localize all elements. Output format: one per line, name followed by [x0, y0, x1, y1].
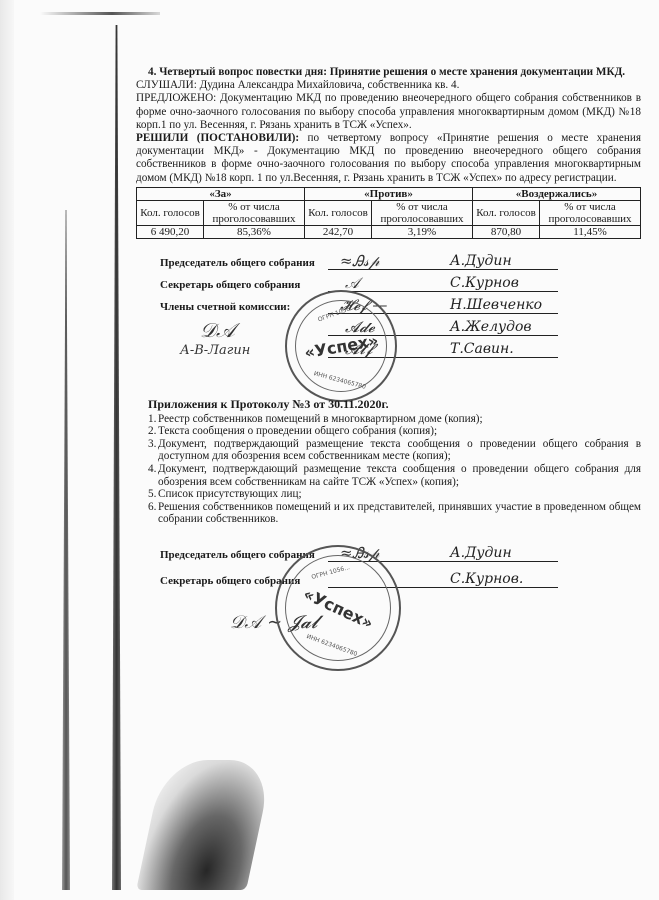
secretary-signature-scribble: 𝒜	[345, 274, 359, 292]
appendix-num: 5.	[148, 488, 158, 501]
commission-name-2: А.Желудов	[450, 319, 532, 335]
votes-table: «За» «Против» «Воздержались» Кол. голосо…	[136, 187, 641, 239]
decided-paragraph: РЕШИЛИ (ПОСТАНОВИЛИ): по четвертому вопр…	[136, 132, 641, 185]
appendix-num: 6.	[148, 501, 158, 526]
subheader-pct-for: % от числа проголосовавших	[204, 200, 305, 225]
appendix-num: 2.	[148, 425, 158, 438]
subheader-pct-abstained: % от числа проголосовавших	[540, 200, 641, 225]
appendix-item: 5.Список присутствующих лиц;	[148, 488, 641, 501]
value-pct-against: 3,19%	[372, 225, 473, 238]
appendices-section: Приложения к Протоколу №3 от 30.11.2020г…	[136, 398, 641, 526]
subheader-votes-against: Кол. голосов	[305, 200, 372, 225]
commission-label: Члены счетной комиссии:	[160, 301, 290, 313]
heard-label: СЛУШАЛИ:	[136, 79, 197, 91]
value-pct-abstained: 11,45%	[540, 225, 641, 238]
appendix-num: 3.	[148, 438, 158, 463]
appendices-list: 1.Реестр собственников помещений в много…	[136, 413, 641, 526]
secretary-name: С.Курнов.	[450, 571, 523, 587]
votes-group-header-row: «За» «Против» «Воздержались»	[137, 187, 641, 200]
commission-extra-scribble: А-В-Лагин	[180, 343, 250, 358]
appendix-text: Список присутствующих лиц;	[158, 488, 641, 501]
appendix-item: 6.Решения собственников помещений и их п…	[148, 501, 641, 526]
value-pct-for: 85,36%	[204, 225, 305, 238]
votes-subheader-row: Кол. голосов % от числа проголосовавших …	[137, 200, 641, 225]
stamp-center-text: «Успех»	[300, 584, 376, 633]
question-title: 4. Четвертый вопрос повестки дня: Принят…	[136, 66, 641, 79]
appendix-num: 1.	[148, 413, 158, 426]
appendix-text: Реестр собственников помещений в многокв…	[158, 413, 641, 426]
group-abstained: «Воздержались»	[473, 187, 641, 200]
stamp-inn: ИНН 6234065780	[313, 370, 367, 391]
scan-top-streak	[40, 12, 160, 15]
group-for: «За»	[137, 187, 305, 200]
chair-label: Председатель общего собрания	[160, 549, 315, 561]
votes-values-row: 6 490,20 85,36% 242,70 3,19% 870,80 11,4…	[137, 225, 641, 238]
subheader-votes-abstained: Кол. голосов	[473, 200, 540, 225]
subheader-votes-for: Кол. голосов	[137, 200, 204, 225]
secretary-name: С.Курнов	[450, 275, 519, 291]
value-votes-against: 242,70	[305, 225, 372, 238]
appendix-item: 1.Реестр собственников помещений в много…	[148, 413, 641, 426]
organization-stamp-2: ОГРН 1056... «Успех» ИНН 6234065780	[275, 545, 401, 671]
scan-smudge	[136, 760, 274, 890]
proposed-paragraph: ПРЕДЛОЖЕНО: Документацию МКД по проведен…	[136, 92, 641, 132]
appendix-text: Документ, подтверждающий размещение текс…	[158, 438, 641, 463]
chair-signature-row: Председатель общего собрания ≈Ꭿ𝓈𝓅 А.Дуди…	[160, 250, 580, 272]
group-against: «Против»	[305, 187, 473, 200]
question-section: 4. Четвертый вопрос повестки дня: Принят…	[136, 66, 641, 239]
organization-stamp-1: ОГРН 1056... «Успех» ИНН 6234065780	[285, 290, 397, 402]
chair-signature-scribble: ≈Ꭿ𝓈𝓅	[340, 252, 380, 270]
commission-name-1: Н.Шевченко	[450, 297, 542, 313]
appendix-num: 4.	[148, 463, 158, 488]
appendix-text: Решения собственников помещений и их пре…	[158, 501, 641, 526]
stamp-center-text: «Успех»	[303, 330, 380, 362]
commission-name-3: Т.Савин.	[450, 341, 514, 357]
secretary-label: Секретарь общего собрания	[160, 279, 300, 291]
scan-edge-shade	[0, 0, 14, 900]
value-votes-abstained: 870,80	[473, 225, 540, 238]
secretary-signature-row: Секретарь общего собрания 𝒜 С.Курнов	[160, 272, 580, 294]
decided-label: РЕШИЛИ (ПОСТАНОВИЛИ):	[136, 132, 299, 144]
subheader-pct-against: % от числа проголосовавших	[372, 200, 473, 225]
appendix-text: Текста сообщения о проведении общего соб…	[158, 425, 641, 438]
heard-text: Дудина Александра Михайловича, собственн…	[197, 79, 460, 91]
chair-label: Председатель общего собрания	[160, 257, 315, 269]
appendices-title: Приложения к Протоколу №3 от 30.11.2020г…	[136, 398, 641, 411]
appendix-item: 2.Текста сообщения о проведении общего с…	[148, 425, 641, 438]
stamp-inn: ИНН 6234065780	[305, 633, 358, 658]
stamp-ogrn: ОГРН 1056...	[311, 564, 351, 581]
signature-line	[328, 291, 558, 292]
chair-name: А.Дудин	[450, 545, 512, 561]
appendix-text: Документ, подтверждающий размещение текс…	[158, 463, 641, 488]
appendix-item: 4.Документ, подтверждающий размещение те…	[148, 463, 641, 488]
stamp-ogrn: ОГРН 1056...	[317, 303, 356, 323]
binding-shadow-bar-right	[112, 25, 121, 890]
proposed-label: ПРЕДЛОЖЕНО:	[136, 92, 216, 104]
value-votes-for: 6 490,20	[137, 225, 204, 238]
chair-name: А.Дудин	[450, 253, 512, 269]
heard-paragraph: СЛУШАЛИ: Дудина Александра Михайловича, …	[136, 79, 641, 92]
appendix-item: 3.Документ, подтверждающий размещение те…	[148, 438, 641, 463]
binding-shadow-bar-left	[62, 210, 70, 890]
